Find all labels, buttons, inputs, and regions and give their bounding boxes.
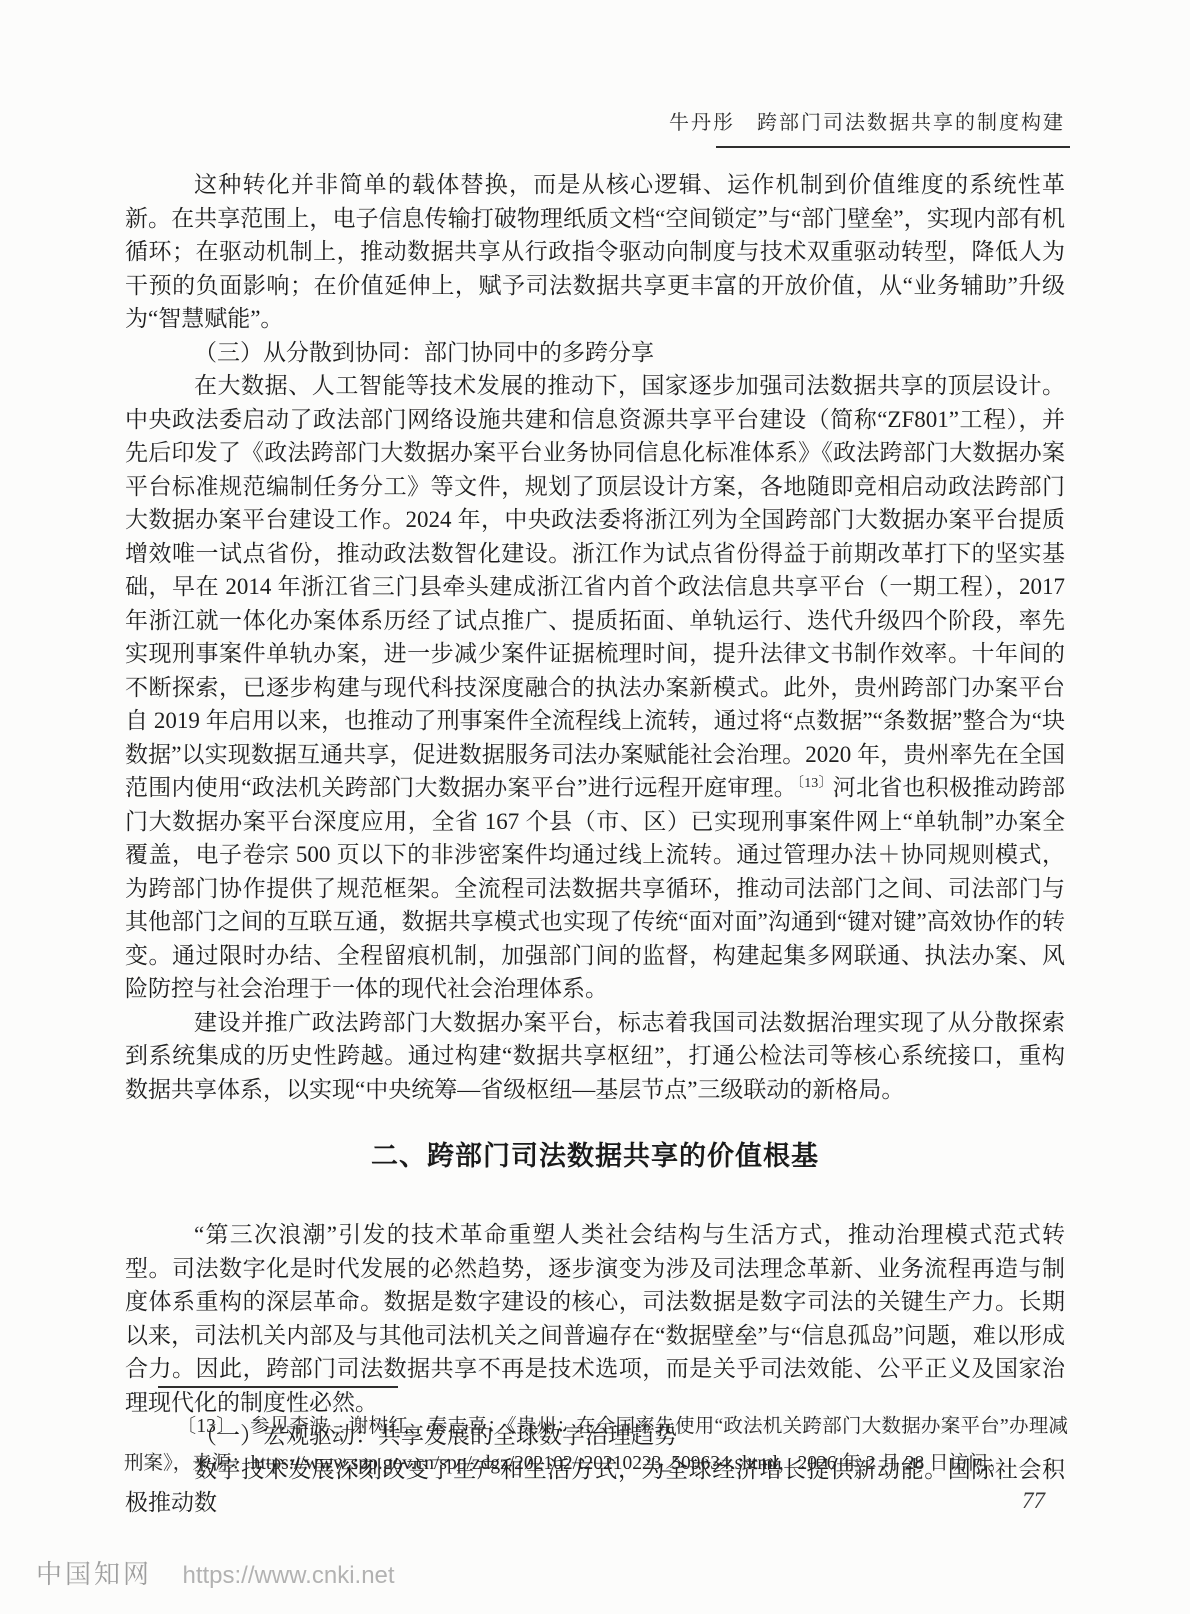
paragraph-platform-development: 在大数据、人工智能等技术发展的推动下，国家逐步加强司法数据共享的顶层设计。中央政… [125, 369, 1065, 1006]
header-rule [716, 146, 1070, 148]
subheading-three: （三）从分散到协同：部门协同中的多跨分享 [125, 336, 1065, 370]
footnote-ref-13: 〔13〕 [797, 776, 833, 791]
footnote-13: 〔13〕参见李波、谢树红、秦志喜：《贵州：在全国率先使用“政法机关跨部门大数据办… [124, 1408, 1068, 1482]
paragraph-summary: 建设并推广政法跨部门大数据办案平台，标志着我国司法数据治理实现了从分散探索到系统… [125, 1006, 1065, 1107]
cnki-logo-text: 中国知网 [36, 1559, 152, 1589]
paper-page: 牛丹彤 跨部门司法数据共享的制度构建 这种转化并非简单的载体替换，而是从核心逻辑… [0, 0, 1190, 1614]
page-number: 77 [1022, 1488, 1045, 1514]
paragraph-text-before-ref: 在大数据、人工智能等技术发展的推动下，国家逐步加强司法数据共享的顶层设计。中央政… [125, 373, 1065, 800]
paragraph-text-after-ref: 河北省也积极推动跨部门大数据办案平台深度应用，全省 167 个县（市、区）已实现… [125, 775, 1065, 1001]
paragraph-third-wave: “第三次浪潮”引发的技术革命重塑人类社会结构与生活方式，推动治理模式范式转型。司… [125, 1218, 1065, 1419]
page-body: 这种转化并非简单的载体替换，而是从核心逻辑、运作机制到价值维度的系统性革新。在共… [125, 168, 1065, 1520]
watermark: 中国知网 https://www.cnki.net [36, 1554, 395, 1591]
running-header: 牛丹彤 跨部门司法数据共享的制度构建 [125, 106, 1065, 135]
cnki-url: https://www.cnki.net [182, 1562, 394, 1589]
footnote-divider [158, 1386, 398, 1388]
section-heading: 二、跨部门司法数据共享的价值根基 [125, 1134, 1065, 1178]
footnote-label: 〔13〕 [177, 1416, 236, 1437]
footnote-text: 参见李波、谢树红、秦志喜：《贵州：在全国率先使用“政法机关跨部门大数据办案平台”… [124, 1416, 1068, 1474]
paragraph-transformation: 这种转化并非简单的载体替换，而是从核心逻辑、运作机制到价值维度的系统性革新。在共… [125, 168, 1065, 336]
